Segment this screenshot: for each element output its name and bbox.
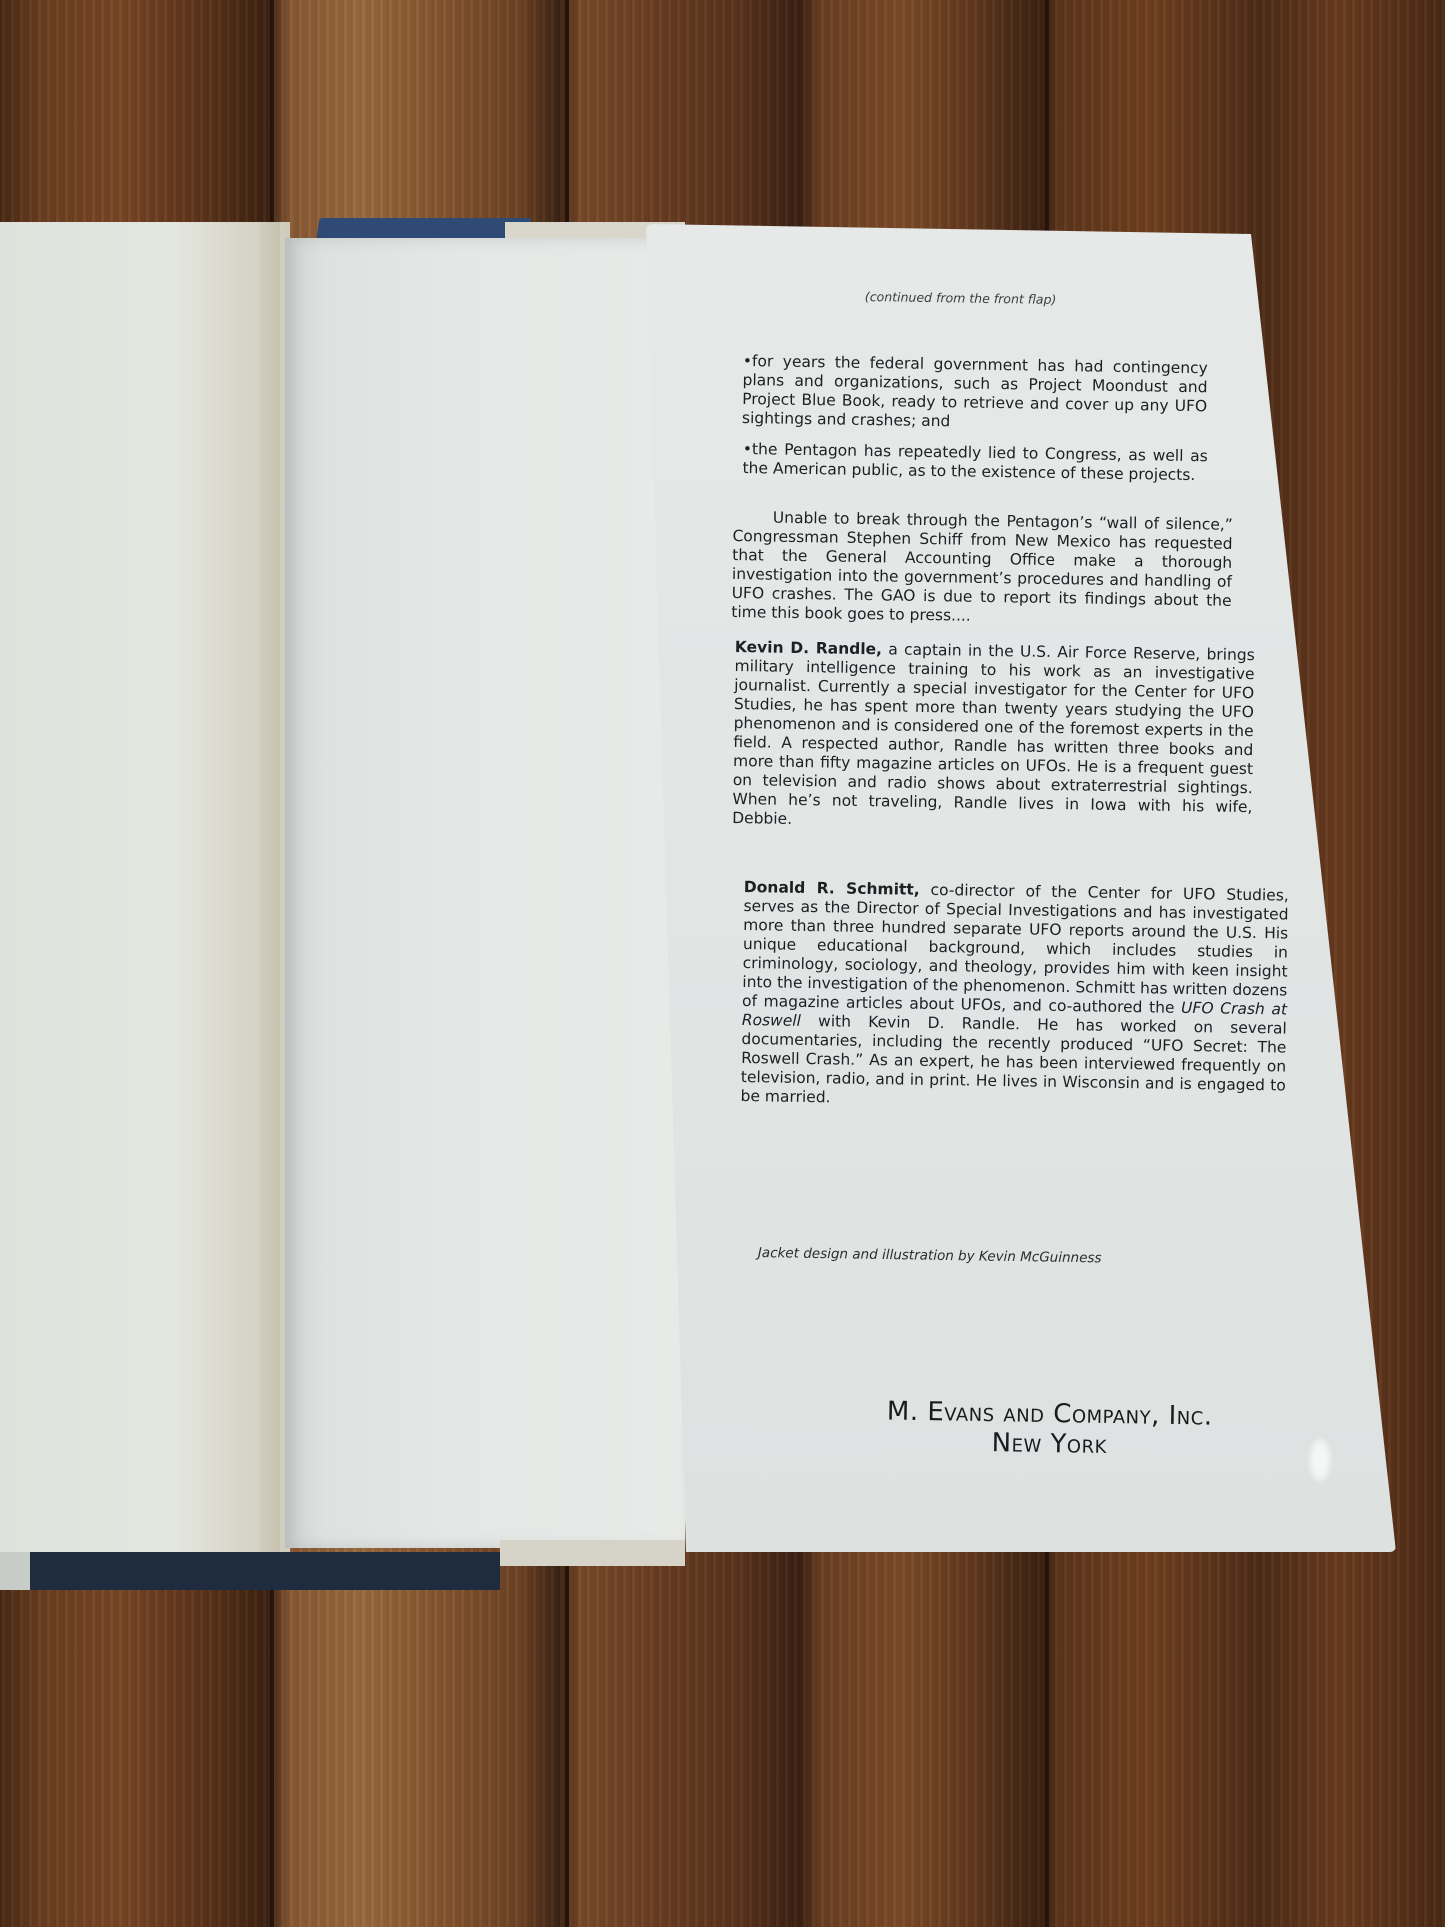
bullet-item: •for years the federal government has ha… xyxy=(742,352,1208,435)
endpaper-page xyxy=(0,222,290,1552)
page-gutter-dust xyxy=(260,222,280,1552)
schmitt-bio: Donald R. Schmitt, co-director of the Ce… xyxy=(740,878,1289,1115)
continued-note: (continued from the front flap) xyxy=(865,289,1057,307)
author-name: Kevin D. Randle, xyxy=(735,638,882,658)
book-cover-cloth-top xyxy=(317,218,532,238)
bullet-item: •the Pentagon has repeatedly lied to Con… xyxy=(742,440,1208,485)
book-cover-cloth-bottom xyxy=(30,1552,500,1590)
author-name: Donald R. Schmitt, xyxy=(744,878,920,899)
author-bio-text: with Kevin D. Randle. He has worked on s… xyxy=(740,1012,1286,1106)
author-bio-text: a captain in the U.S. Air Force Reserve,… xyxy=(732,640,1255,828)
publisher-city: New York xyxy=(854,1426,1244,1462)
author-bio-text: co-director of the Center for UFO Studie… xyxy=(742,881,1289,1017)
randle-bio: Kevin D. Randle, a captain in the U.S. A… xyxy=(732,638,1255,836)
schiff-paragraph: Unable to break through the Pentagon’s “… xyxy=(731,508,1233,630)
glossy-highlight xyxy=(1310,1440,1330,1480)
jacket-inner-panel xyxy=(285,238,685,1548)
jacket-fold-strip-bottom xyxy=(500,1540,685,1566)
publisher-imprint: M. Evans and Company, Inc. New York xyxy=(854,1396,1245,1462)
publisher-name: M. Evans and Company, Inc. xyxy=(855,1396,1245,1432)
